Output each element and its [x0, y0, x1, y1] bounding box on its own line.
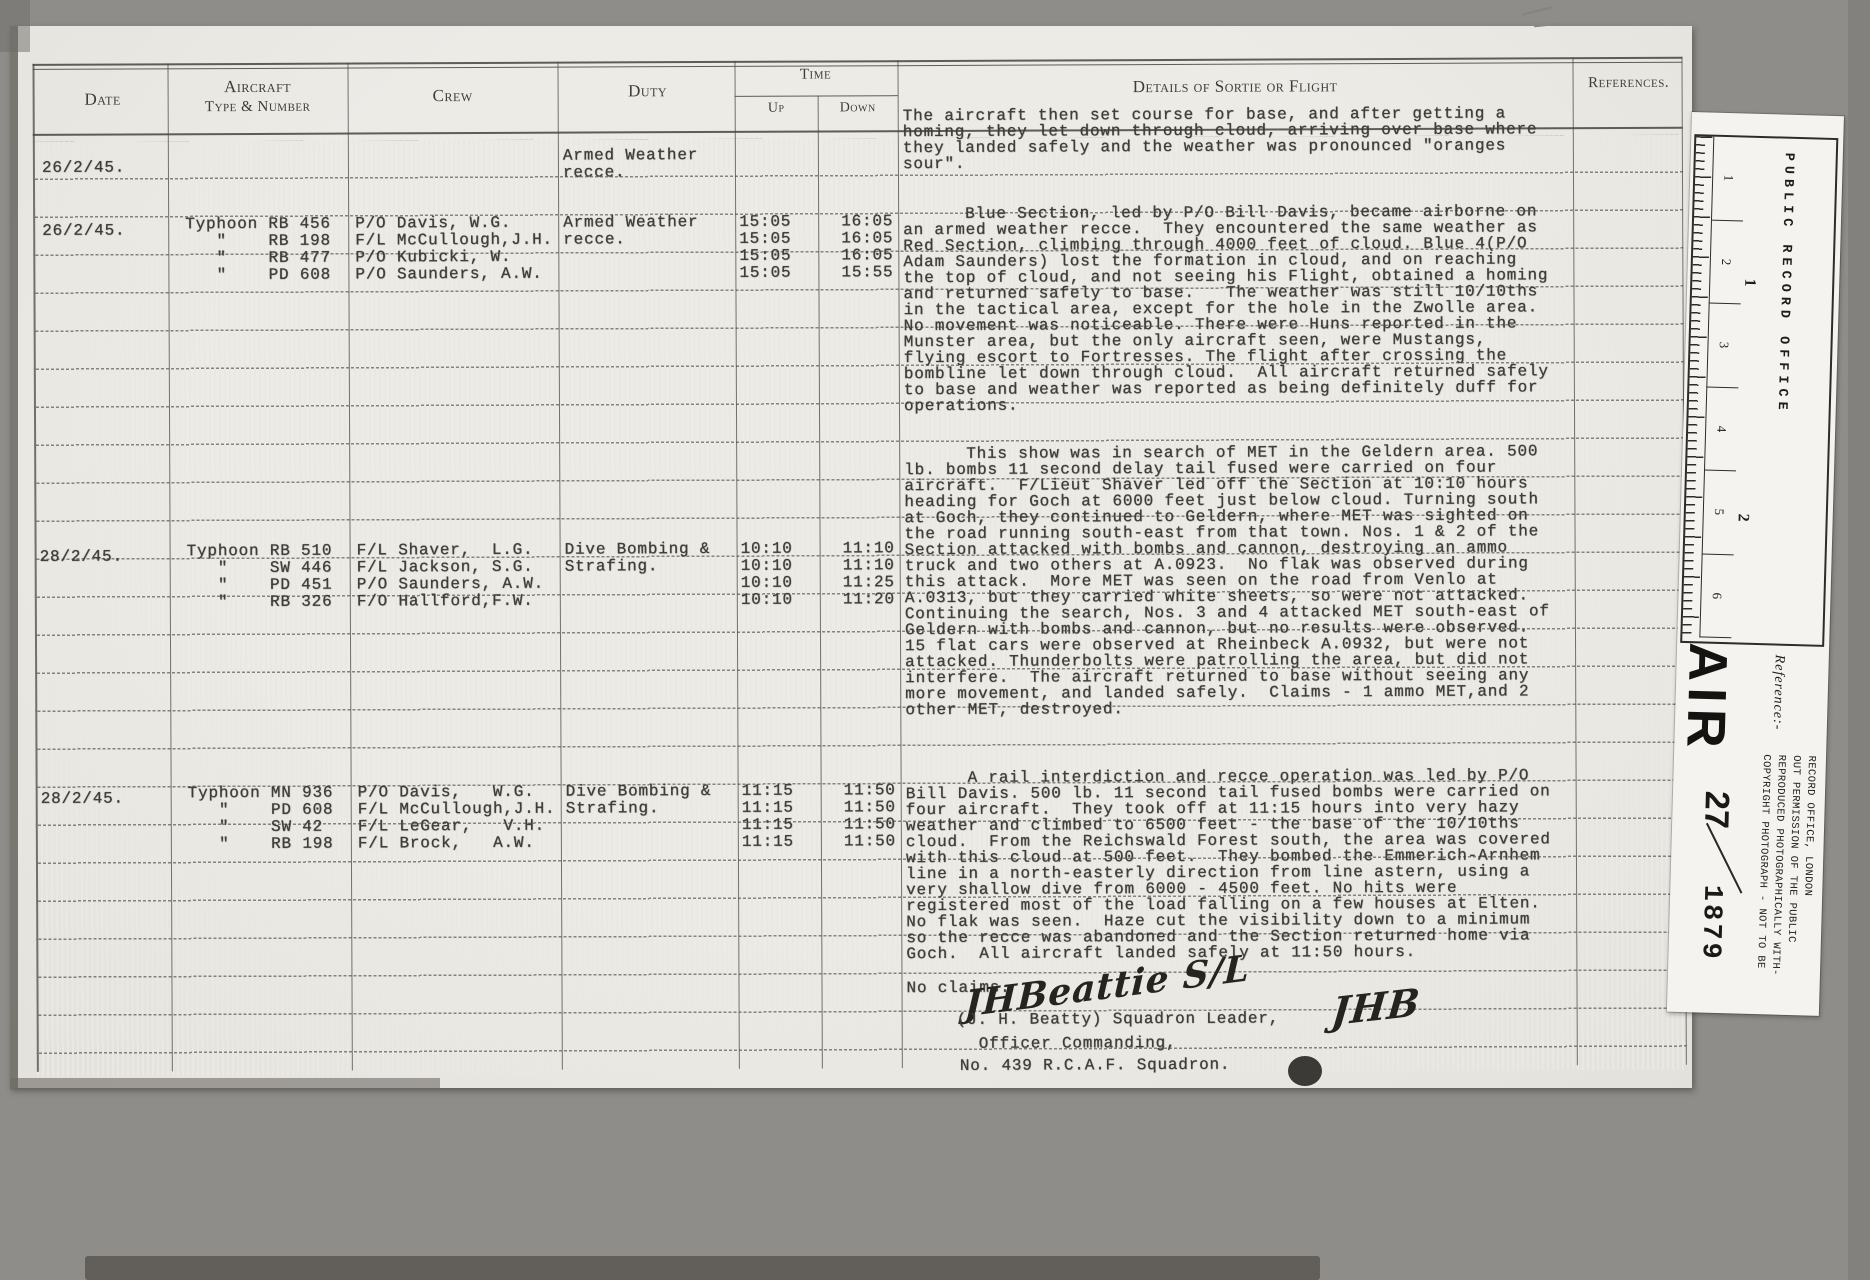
stamp-piece-27: 27 — [1696, 790, 1736, 829]
signature-typed-role: Officer Commanding, — [979, 1035, 1177, 1053]
header-date: Date — [53, 89, 153, 109]
entry-1-details: The aircraft then set course for base, a… — [903, 105, 1555, 172]
header-aircraft-line1: Aircraft — [178, 77, 338, 98]
ruler-cell: 6 — [1699, 554, 1733, 638]
stamp-reference-label: Reference:- — [1769, 654, 1787, 730]
header-time-down: Down — [818, 100, 898, 116]
stamp-series-air: AIR — [1674, 642, 1739, 755]
ink-blob — [1288, 1056, 1322, 1086]
ruler-cell: 3 — [1706, 304, 1740, 388]
reference-stamp: 1 2 3 4 5 6 1 2 PUBLIC RECORD OFFICE Ref… — [1667, 112, 1844, 1016]
entry-2-duty: Armed Weather recce. — [563, 214, 698, 249]
entry-1-duty: Armed Weather recce. — [563, 147, 698, 182]
stamp-slash-mark — [1706, 823, 1742, 894]
ruler-large-number-2: 2 — [1734, 513, 1752, 521]
ruler-cell: 4 — [1704, 387, 1738, 471]
header-references: References. — [1576, 75, 1682, 92]
ruler-number: 1 — [1721, 175, 1737, 182]
entry-3-times-up: 10:10 10:10 10:10 10:10 — [741, 541, 793, 609]
ruler-cell: 5 — [1702, 470, 1736, 554]
time-subdivider-line — [735, 95, 898, 97]
entry-2-aircraft: Typhoon RB 456 " RB 198 " RB 477 " PD 60… — [185, 216, 331, 285]
stamp-piece-1879: 1879 — [1694, 884, 1726, 962]
entry-4-crew: P/O Davis, W.G. F/L McCullough,J.H. F/L … — [358, 784, 556, 853]
header-time-up: Up — [735, 101, 818, 117]
ruler-number: 3 — [1716, 342, 1732, 349]
entry-3-duty: Dive Bombing & Strafing. — [565, 541, 711, 576]
ruler-cell: 1 — [1711, 137, 1745, 221]
header-crew: Crew — [378, 86, 528, 107]
photo-background: Date Aircraft Type & Number Crew Duty Ti… — [0, 0, 1870, 1280]
ruler-number: 6 — [1709, 592, 1725, 599]
header-details: Details of Sortie or Flight — [898, 75, 1573, 98]
entry-3-crew: F/L Shaver, L.G. F/L Jackson, S.G. P/O S… — [357, 542, 545, 611]
entry-3-times-down: 11:10 11:10 11:25 11:20 — [843, 540, 895, 608]
entry-4-times-down: 11:50 11:50 11:50 11:50 — [844, 782, 896, 850]
entry-3-date: 28/2/45. — [40, 549, 123, 566]
entry-2-date: 26/2/45. — [42, 223, 125, 240]
ruler-number: 5 — [1711, 509, 1727, 516]
entry-4-duty: Dive Bombing & Strafing. — [566, 783, 712, 818]
entry-2-details: Blue Section, led by P/O Bill Davis, bec… — [903, 203, 1556, 414]
signature-typed-unit: No. 439 R.C.A.F. Squadron. — [960, 1057, 1231, 1075]
header-time: Time — [745, 66, 885, 84]
ruler-cell: 2 — [1709, 220, 1743, 304]
entry-1-date: 26/2/45. — [42, 160, 125, 177]
paper-bottom-edge-shadow — [10, 1078, 440, 1090]
backing-right-edge — [1848, 0, 1870, 1280]
entry-2-times-down: 16:05 16:05 16:05 15:55 — [841, 213, 893, 281]
entry-4-date: 28/2/45. — [41, 791, 124, 808]
ruler-number: 4 — [1714, 425, 1730, 432]
entry-2-times-up: 15:05 15:05 15:05 15:05 — [739, 214, 791, 282]
top-left-corner-shade — [0, 0, 30, 52]
header-duty: Duty — [573, 81, 723, 102]
entry-2-crew: P/O Davis, W.G. F/L McCullough,J.H. P/O … — [355, 215, 553, 284]
entry-4-details: A rail interdiction and recce operation … — [906, 767, 1559, 962]
signature-typed-name: (J. H. Beatty) Squadron Leader, — [957, 1011, 1280, 1029]
bottom-dark-bar — [85, 1256, 1320, 1280]
entry-4-aircraft: Typhoon MN 936 " PD 608 " SW 42 " RB 198 — [188, 785, 334, 854]
entry-3-details: This show was in search of MET in the Ge… — [904, 443, 1557, 718]
entry-4-times-up: 11:15 11:15 11:15 11:15 — [742, 783, 794, 851]
ruler-large-number-1: 1 — [1740, 278, 1758, 286]
stamp-copyright-notice: COPYRIGHT PHOTOGRAPH - NOT TO BE REPRODU… — [1751, 754, 1818, 1008]
entry-3-aircraft: Typhoon RB 510 " SW 446 " PD 451 " RB 32… — [187, 543, 333, 612]
header-aircraft-line2: Type & Number — [178, 99, 338, 117]
paper-left-edge-shadow — [10, 26, 18, 1088]
ruler-number: 2 — [1718, 258, 1734, 265]
